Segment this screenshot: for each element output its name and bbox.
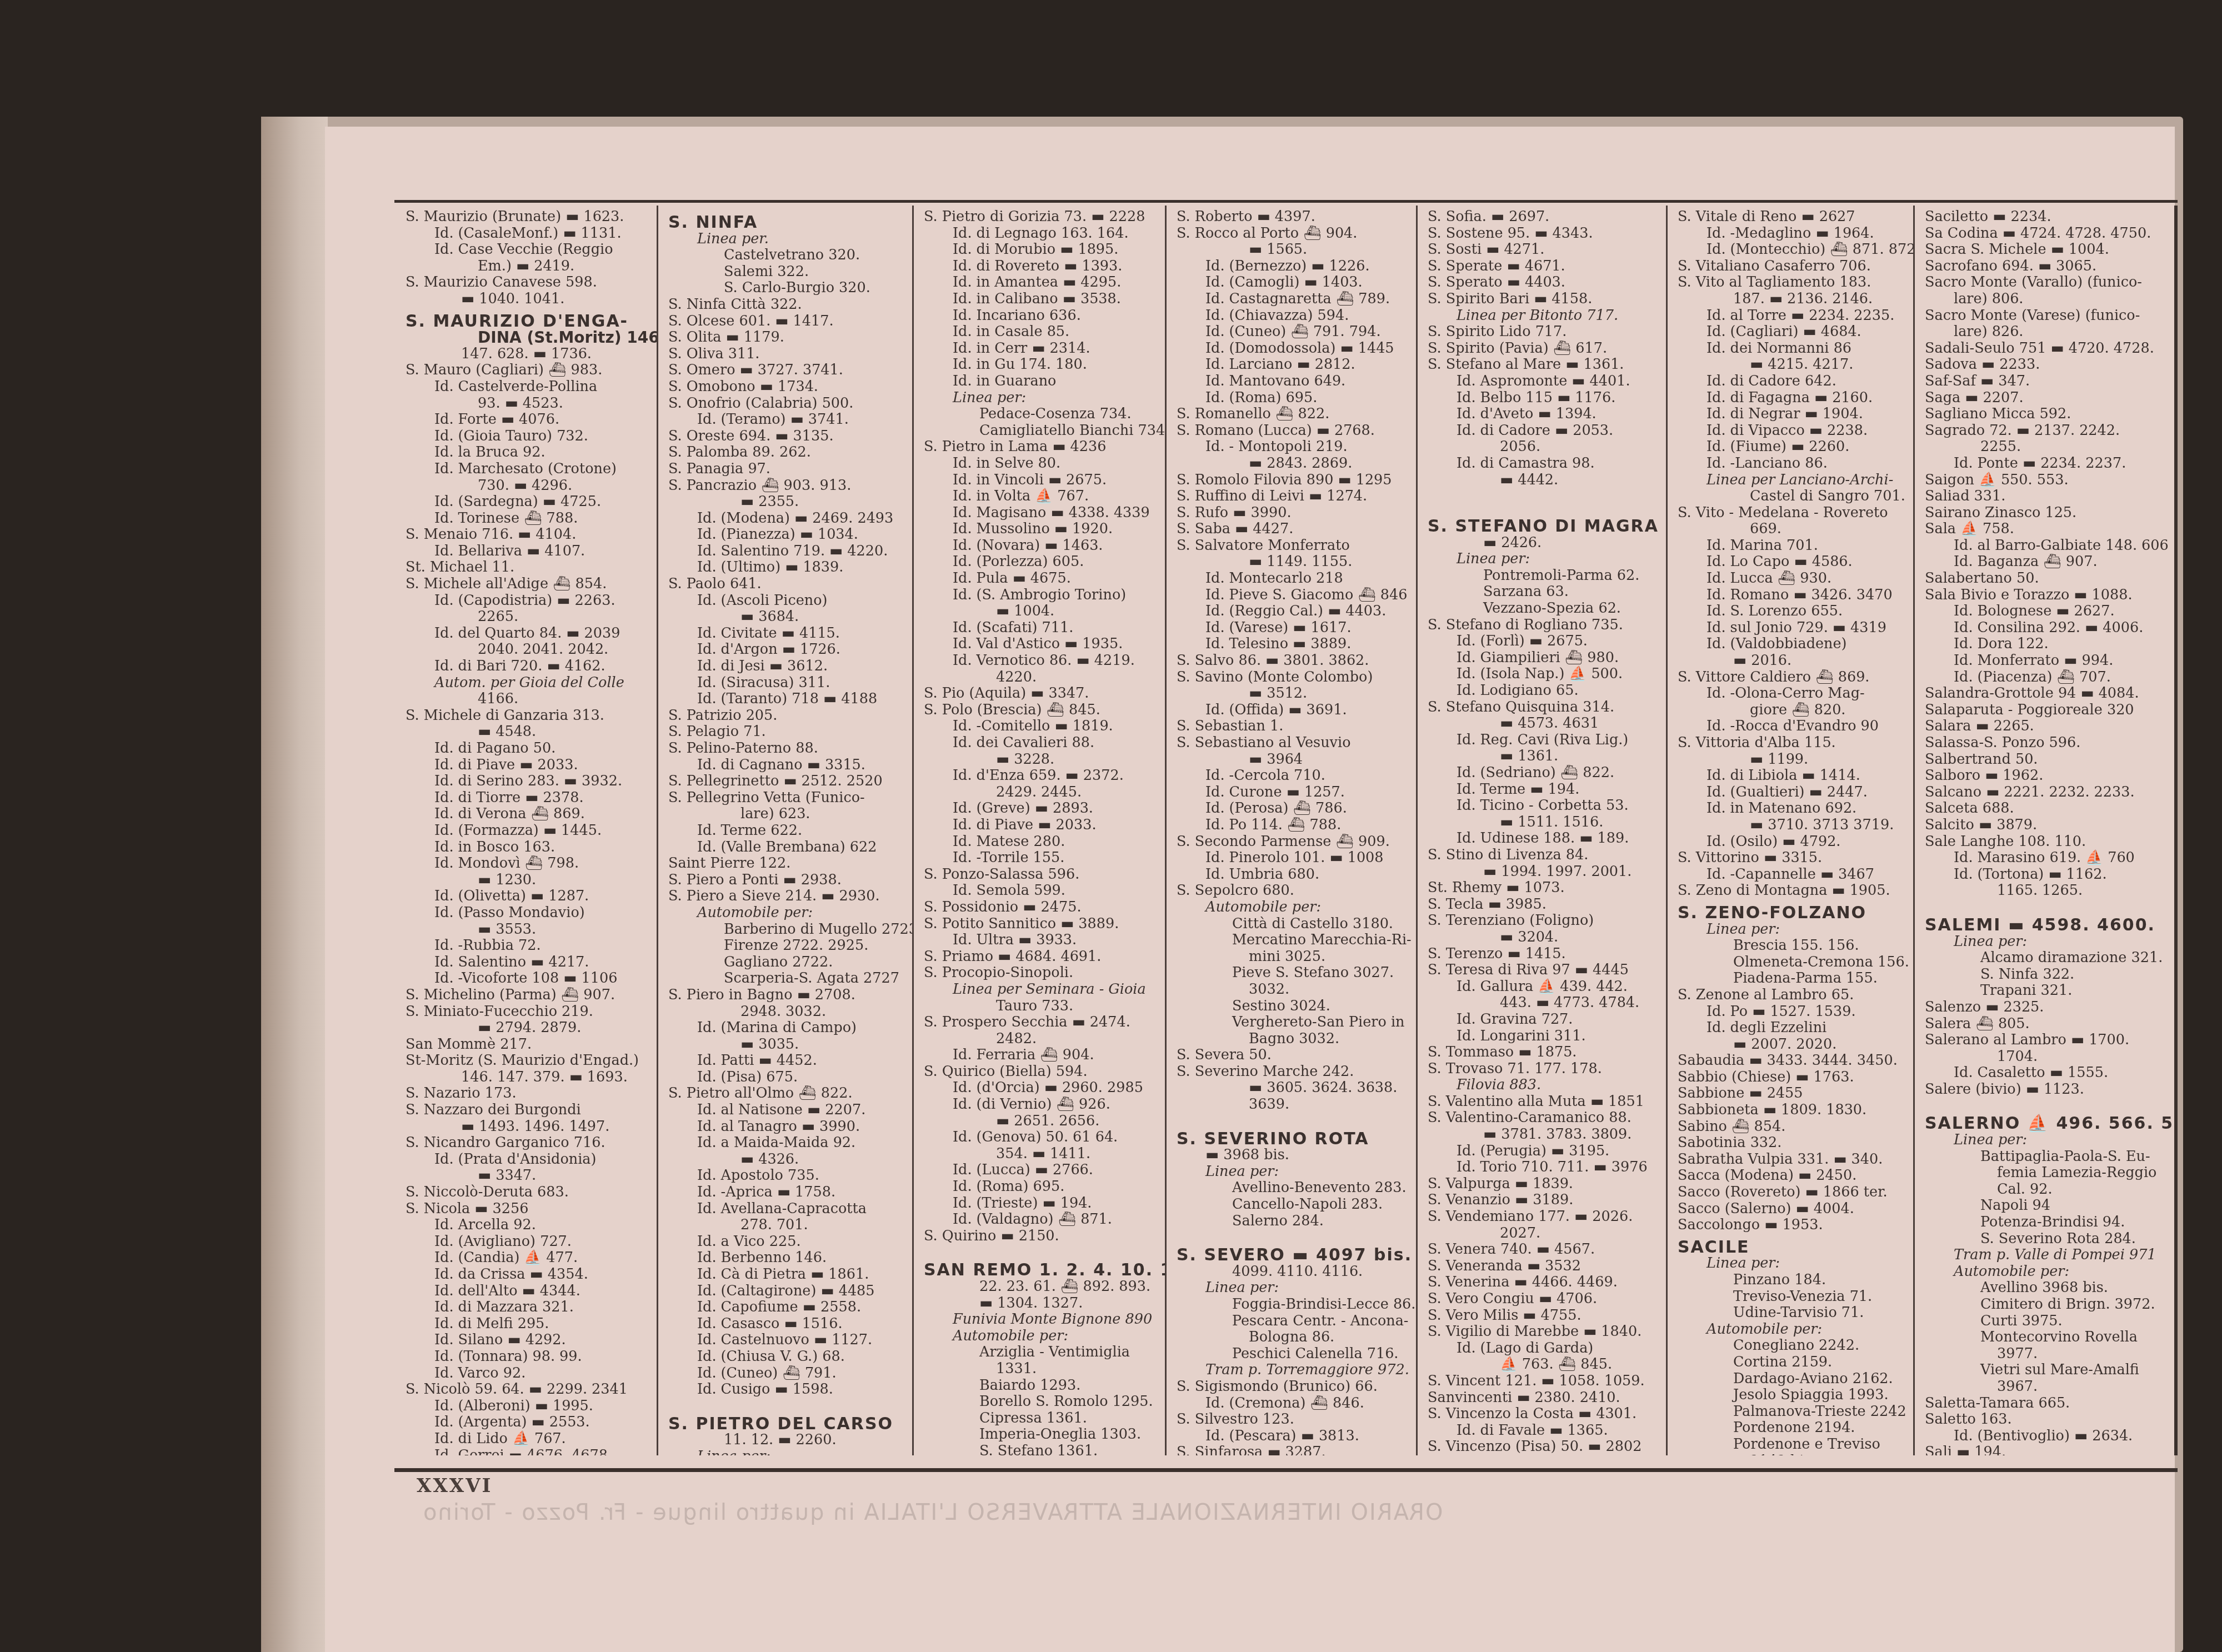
index-entry: Salenzo ▬ 2325.: [1925, 999, 2168, 1016]
index-entry: Id. Larciano ▬ 2812.: [1177, 357, 1409, 373]
index-entry: S. Piero a Ponti ▬ 2938.: [668, 872, 905, 889]
spacer: [1177, 1229, 1409, 1241]
index-entry: Palmanova-Trieste 2242: [1678, 1404, 1906, 1420]
index-entry: Sabino ⛴ 854.: [1678, 1119, 1906, 1135]
index-entry: Id. -Rocca d'Evandro 90: [1678, 718, 1906, 735]
index-entry: S. Zenone al Lambro 65.: [1678, 987, 1906, 1004]
index-entry: Id. Castelnuovo ▬ 1127.: [668, 1332, 905, 1349]
index-entry: Salabertano 50.: [1925, 570, 2168, 587]
index-entry: S. Procopio-Sinopoli.: [924, 965, 1158, 982]
index-entry: S. Venanzio ▬ 3189.: [1428, 1192, 1659, 1209]
index-entry: Id. di Rovereto ▬ 1393.: [924, 258, 1158, 275]
index-entry: 2482.: [924, 1031, 1158, 1048]
index-entry: S. Roberto ▬ 4397.: [1177, 209, 1409, 226]
index-column-4: S. Roberto ▬ 4397.S. Rocco al Porto ⛴ 90…: [1165, 206, 1416, 1455]
index-entry: S. Omero ▬ 3727. 3741.: [668, 362, 905, 379]
index-entry: S. Michelino (Parma) ⛴ 907.: [406, 987, 650, 1004]
index-entry: Id. di Fagagna ▬ 2160.: [1678, 390, 1906, 407]
index-entry: Sala ⛵ 758.: [1925, 521, 2168, 538]
index-entry: Id. Gerrei ▬ 4676. 4678.: [406, 1448, 650, 1455]
index-entry: Linea per:: [1925, 934, 2168, 950]
index-entry: Sacca (Modena) ▬ 2450.: [1678, 1168, 1906, 1184]
index-entry: Sacro Monte (Varese) (funico-: [1925, 308, 2168, 324]
index-entry: Id. Casaletto ▬ 1555.: [1925, 1065, 2168, 1082]
index-entry: Potenza-Brindisi 94.: [1925, 1214, 2168, 1231]
index-entry: S. Salvatore Monferrato: [1177, 538, 1409, 554]
index-entry: S. Possidonio ▬ 2475.: [924, 899, 1158, 916]
index-entry: Firenze 2722. 2925.: [668, 938, 905, 954]
index-entry: S. Saba ▬ 4427.: [1177, 521, 1409, 538]
index-entry: S. Vigilio di Marebbe ▬ 1840.: [1428, 1324, 1659, 1340]
index-entry: S. Romano (Lucca) ▬ 2768.: [1177, 423, 1409, 439]
index-entry: Brescia 155. 156.: [1678, 938, 1906, 954]
index-entry: Pedace-Cosenza 734.: [924, 406, 1158, 423]
index-entry: S. Venera 740. ▬ 4567.: [1428, 1241, 1659, 1258]
index-entry: San Mommè 217.: [406, 1037, 650, 1053]
index-entry: S. Veneranda ▬ 3532: [1428, 1258, 1659, 1275]
index-entry: lare) 826.: [1925, 324, 2168, 341]
index-entry: S. Polo (Brescia) ⛴ 845.: [924, 702, 1158, 719]
index-entry: Id. (Pianezza) ▬ 1034.: [668, 527, 905, 543]
index-entry: S. Spirito (Pavia) ⛴ 617.: [1428, 341, 1659, 357]
index-entry: Id. Varco 92.: [406, 1365, 650, 1382]
index-entry: Salemi 322.: [668, 264, 905, 281]
index-entry: 3977.: [1925, 1346, 2168, 1363]
index-entry: Id. Civitate ▬ 4115.: [668, 625, 905, 642]
index-entry: ▬ 2794. 2879.: [406, 1020, 650, 1037]
index-entry: Cancello-Napoli 283.: [1177, 1197, 1409, 1213]
index-entry: Id. Pinerolo 101. ▬ 1008: [1177, 850, 1409, 867]
index-entry: DINA (St.Moritz) 146.: [406, 329, 650, 346]
index-entry: S. Quirico (Biella) 594.: [924, 1064, 1158, 1080]
index-entry: Id. -Vicoforte 108 ▬ 1106: [406, 970, 650, 987]
index-entry: Id. (Isola Nap.) ⛵ 500.: [1428, 666, 1659, 683]
index-entry: Id. (d'Orcia) ▬ 2960. 2985: [924, 1080, 1158, 1097]
index-entry: Id. (Caltagirone) ▬ 4485: [668, 1283, 905, 1300]
index-entry: Id. a Maida-Maida 92.: [668, 1135, 905, 1152]
index-entry: Id. (Pescara) ▬ 3813.: [1177, 1428, 1409, 1445]
index-entry: Salere (bivio) ▬ 1123.: [1925, 1082, 2168, 1098]
index-entry: Id. Silano ▬ 4292.: [406, 1332, 650, 1349]
station-heading: SALERNO ⛵ 496. 566. 567: [1925, 1115, 2168, 1132]
index-entry: Id. di Camastra 98.: [1428, 455, 1659, 472]
index-entry: Peschici Calenella 716.: [1177, 1346, 1409, 1363]
index-entry: Verghereto-San Piero in: [1177, 1014, 1409, 1031]
index-entry: Id. -Rubbia 72.: [406, 938, 650, 954]
index-entry: S. Ponzo-Salassa 596.: [924, 867, 1158, 883]
index-entry: ▬ 4548.: [406, 724, 650, 740]
index-entry: S. Sperate ▬ 4671.: [1428, 258, 1659, 275]
index-entry: Arziglia - Ventimiglia: [924, 1344, 1158, 1361]
index-entry: 22. 23. 61. ⛴ 892. 893.: [924, 1279, 1158, 1295]
index-entry: Id. in Calibano ▬ 3538.: [924, 291, 1158, 308]
index-entry: Sabbio (Chiese) ▬ 1763.: [1678, 1069, 1906, 1086]
index-entry: Id. di Piave ▬ 2033.: [924, 817, 1158, 834]
index-entry: S. Quirino ▬ 2150.: [924, 1228, 1158, 1245]
index-entry: ▬ 4215. 4217.: [1678, 357, 1906, 373]
index-entry: Id. (Lago di Garda): [1428, 1340, 1659, 1357]
index-entry: Sacco (Rovereto) ▬ 1866 ter.: [1678, 1184, 1906, 1201]
index-entry: Id. (S. Ambrogio Torino): [924, 587, 1158, 604]
index-entry: Id. (Forlì) ▬ 2675.: [1428, 633, 1659, 650]
spacer: [924, 1244, 1158, 1256]
index-entry: 2056.: [1428, 439, 1659, 455]
index-entry: Id. al Natisone ▬ 2207.: [668, 1102, 905, 1119]
index-entry: ▬ 2007. 2020.: [1678, 1037, 1906, 1053]
index-entry: Salaparuta - Poggioreale 320: [1925, 702, 2168, 719]
index-entry: S. Tecla ▬ 3985.: [1428, 897, 1659, 913]
index-entry: Treviso-Venezia 71.: [1678, 1289, 1906, 1305]
index-entry: Saigon ⛵ 550. 553.: [1925, 472, 2168, 489]
index-entry: Id. di Piave ▬ 2033.: [406, 757, 650, 774]
index-entry: Sabaudia ▬ 3433. 3444. 3450.: [1678, 1053, 1906, 1069]
index-entry: Id. Umbria 680.: [1177, 867, 1409, 883]
index-entry: Olmeneta-Cremona 156.: [1678, 954, 1906, 971]
index-entry: S. Sebastiano al Vesuvio: [1177, 735, 1409, 752]
index-entry: S. Sofia. ▬ 2697.: [1428, 209, 1659, 226]
index-entry: Linea per Lanciano-Archi-: [1678, 472, 1906, 489]
index-entry: Pordenone e Treviso: [1678, 1436, 1906, 1453]
bleed-through-text: ORARIO INTERNAZIONALE ATTRAVERSO L'ITALI…: [422, 1500, 1443, 1525]
index-entry: St-Moritz (S. Maurizio d'Engad.): [406, 1053, 650, 1069]
index-entry: S. Vittore Caldiero ⛴ 869.: [1678, 669, 1906, 686]
index-entry: Id. (Prata d'Ansidonia): [406, 1152, 650, 1168]
index-entry: Id. (Lucca) ▬ 2766.: [924, 1162, 1158, 1179]
index-entry: Id. (Offida) ▬ 3691.: [1177, 702, 1409, 719]
index-entry: Foggia-Brindisi-Lecce 86.: [1177, 1296, 1409, 1313]
index-entry: Id. Lo Capo ▬ 4586.: [1678, 554, 1906, 570]
index-entry: Id. (Marina di Campo): [668, 1020, 905, 1037]
index-entry: Id. Capofiume ▬ 2558.: [668, 1299, 905, 1316]
index-entry: S. Severino Rota 284.: [1925, 1231, 2168, 1248]
index-entry: ▬ 2651. 2656.: [924, 1113, 1158, 1130]
index-entry: Id. Torio 710. 711. ▬ 3976: [1428, 1159, 1659, 1176]
index-entry: Automobile per:: [668, 905, 905, 922]
index-entry: Linea per:: [1678, 1255, 1906, 1272]
index-entry: S. Tommaso ▬ 1875.: [1428, 1044, 1659, 1061]
index-entry: S. Panagia 97.: [668, 461, 905, 478]
index-entry: S. Ruffino di Leivi ▬ 1274.: [1177, 488, 1409, 505]
index-entry: Id. di Bari 720. ▬ 4162.: [406, 658, 650, 675]
index-entry: S. Pietro di Gorizia 73. ▬ 2228: [924, 209, 1158, 226]
index-entry: Id. degli Ezzelini: [1678, 1020, 1906, 1037]
index-entry: S. Omobono ▬ 1734.: [668, 379, 905, 396]
book-spine: [261, 117, 328, 1652]
index-entry: Salboro ▬ 1962.: [1925, 768, 2168, 784]
index-entry: Id. (Roma) 695.: [924, 1179, 1158, 1195]
index-entry: Id. di Legnago 163. 164.: [924, 226, 1158, 242]
index-entry: S. Savino (Monte Colombo): [1177, 669, 1409, 686]
index-entry: Id. (Chiavazza) 594.: [1177, 308, 1409, 324]
index-entry: Id. Bolognese ▬ 2627.: [1925, 603, 2168, 620]
index-entry: Id. (Piacenza) ⛴ 707.: [1925, 669, 2168, 686]
index-entry: ▬ 1149. 1155.: [1177, 554, 1409, 570]
index-entry: S. Maurizio Canavese 598.: [406, 274, 650, 291]
index-entry: Id. d'Enza 659. ▬ 2372.: [924, 768, 1158, 784]
index-entry: Salerano al Lambro ▬ 1700.: [1925, 1032, 2168, 1049]
index-entry: Id. del Quarto 84. ▬ 2039: [406, 625, 650, 642]
index-entry: Id. (Pisa) 675.: [668, 1069, 905, 1086]
index-entry: S. Prospero Secchia ▬ 2474.: [924, 1014, 1158, 1031]
index-entry: S. Stefano 1361.: [924, 1443, 1158, 1455]
index-entry: Id. Case Vecchie (Reggio: [406, 242, 650, 258]
index-entry: S. Nazzaro dei Burgondi: [406, 1102, 650, 1119]
index-entry: S. Vincenzo (Pisa) 50. ▬ 2802: [1428, 1439, 1659, 1455]
index-entry: Id. Po ▬ 1527. 1539.: [1678, 1004, 1906, 1020]
index-entry: Id. -Capannelle ▬ 3467: [1678, 867, 1906, 883]
index-entry: Id. di Cagnano ▬ 3315.: [668, 757, 905, 774]
index-entry: femia Lamezia-Reggio: [1925, 1165, 2168, 1182]
index-entry: Id. in Amantea ▬ 4295.: [924, 274, 1158, 291]
index-entry: Id. di Cadore 642.: [1678, 373, 1906, 390]
index-entry: S. Severa 50.: [1177, 1047, 1409, 1064]
index-entry: Id. (Reggio Cal.) ▬ 4403.: [1177, 603, 1409, 620]
index-entry: S. Stefano al Mare ▬ 1361.: [1428, 357, 1659, 373]
index-entry: Linea per.: [668, 231, 905, 248]
station-heading: S. NINFA: [668, 214, 905, 231]
index-entry: Id. in Guarano: [924, 373, 1158, 390]
index-entry: S. Vito al Tagliamento 183.: [1678, 274, 1906, 291]
index-entry: Id. - Montopoli 219.: [1177, 439, 1409, 455]
index-entry: Id. di Cadore ▬ 2053.: [1428, 423, 1659, 439]
index-entry: giore ⛴ 820.: [1678, 702, 1906, 719]
index-entry: S. Ninfa Città 322.: [668, 297, 905, 313]
index-entry: S. Silvestro 123.: [1177, 1411, 1409, 1428]
station-heading: S. ZENO-FOLZANO: [1678, 905, 1906, 922]
index-entry: Id. (Cuneo) ⛴ 791.: [668, 1365, 905, 1382]
index-entry: ▬ 3035.: [668, 1037, 905, 1053]
index-entry: Id. (Capodistria) ▬ 2263.: [406, 593, 650, 609]
index-entry: Id. (Passo Mondavio): [406, 905, 650, 922]
index-entry: Linea per:: [668, 1449, 905, 1455]
index-entry: Id. di Jesi ▬ 3612.: [668, 658, 905, 675]
index-entry: S. Pellegrinetto ▬ 2512. 2520: [668, 773, 905, 790]
index-entry: ▬ 2016.: [1678, 653, 1906, 669]
index-entry: S. Trovaso 71. 177. 178.: [1428, 1061, 1659, 1078]
index-entry: Id. (di Vernio) ⛴ 926.: [924, 1097, 1158, 1113]
index-entry: S. Palomba 89. 262.: [668, 444, 905, 461]
index-entry: lare) 623.: [668, 806, 905, 823]
index-entry: Id. Dora 122.: [1925, 636, 2168, 653]
index-entry: Linea per:: [1428, 551, 1659, 568]
index-entry: Automobile per:: [1678, 1321, 1906, 1338]
index-entry: ▬ 1199.: [1678, 752, 1906, 768]
index-entry: ▬ 1565.: [1177, 242, 1409, 258]
index-entry: Id. Casasco ▬ 1516.: [668, 1316, 905, 1333]
spacer: [1925, 899, 2168, 912]
index-entry: 187. ▬ 2136. 2146.: [1678, 291, 1906, 308]
index-entry: Sali ▬ 194.: [1925, 1444, 2168, 1455]
index-entry: Saf-Saf ▬ 347.: [1925, 373, 2168, 390]
index-entry: Castelvetrano 320.: [668, 247, 905, 264]
index-entry: 1165. 1265.: [1925, 883, 2168, 899]
index-entry: ▬ 1361.: [1428, 748, 1659, 765]
index-entry: Mercatino Marecchia-Ri-: [1177, 932, 1409, 949]
index-entry: S. Severino Marche 242.: [1177, 1064, 1409, 1080]
index-entry: Id. (Montecchio) ⛴ 871. 872: [1678, 242, 1906, 258]
index-entry: Id. di Mazzara 321.: [406, 1299, 650, 1316]
index-entry: mini 3025.: [1177, 949, 1409, 965]
index-entry: S. Sosti ▬ 4271.: [1428, 242, 1659, 258]
index-entry: ▬ 1230.: [406, 872, 650, 889]
index-entry: ▬ 4573. 4631: [1428, 715, 1659, 732]
index-entry: S. Piero in Bagno ▬ 2708.: [668, 987, 905, 1004]
index-entry: ▬ 3781. 3783. 3809.: [1428, 1127, 1659, 1143]
index-entry: S. Rufo ▬ 3990.: [1177, 505, 1409, 522]
index-entry: S. Piero a Sieve 214. ▬ 2930.: [668, 888, 905, 905]
index-entry: Id. Avellana-Capracotta: [668, 1201, 905, 1218]
index-entry: S. Pellegrino Vetta (Funico-: [668, 790, 905, 807]
index-entry: Id. (Formazza) ▬ 1445.: [406, 823, 650, 839]
index-entry: Id. (Valdagno) ⛴ 871.: [924, 1212, 1158, 1228]
index-entry: Id. Mussolino ▬ 1920.: [924, 521, 1158, 538]
index-entry: 3032.: [1177, 982, 1409, 998]
index-column-1: S. Maurizio (Brunate) ▬ 1623.Id. (Casale…: [396, 206, 657, 1455]
index-entry: Sabratha Vulpia 331. ▬ 340.: [1678, 1152, 1906, 1168]
index-entry: ▬ 1994. 1997. 2001.: [1428, 864, 1659, 880]
index-entry: Saccolongo ▬ 1953.: [1678, 1217, 1906, 1234]
index-entry: Id. Cà di Pietra ▬ 1861.: [668, 1266, 905, 1283]
index-entry: Id. (Taranto) 718 ▬ 4188: [668, 691, 905, 708]
index-entry: Id. da Crissa ▬ 4354.: [406, 1266, 650, 1283]
index-entry: Id. Consilina 292. ▬ 4006.: [1925, 620, 2168, 637]
index-entry: 1331.: [924, 1361, 1158, 1378]
index-entry: S. Ninfa 322.: [1925, 967, 2168, 983]
index-entry: St. Rhemy ▬ 1073.: [1428, 880, 1659, 897]
index-entry: ▬ 3684.: [668, 609, 905, 625]
index-entry: 4099. 4110. 4116.: [1177, 1264, 1409, 1280]
index-entry: Id. di Serino 283. ▬ 3932.: [406, 773, 650, 790]
index-entry: Battipaglia-Paola-S. Eu-: [1925, 1149, 2168, 1165]
index-entry: Jesolo Spiaggia 1993.: [1678, 1387, 1906, 1404]
index-entry: Id. (Ascoli Piceno): [668, 593, 905, 609]
index-entry: S. Vincenzo la Costa ▬ 4301.: [1428, 1406, 1659, 1423]
index-entry: Id. (Tonnara) 98. 99.: [406, 1349, 650, 1365]
index-entry: Id. (Osilo) ▬ 4792.: [1678, 834, 1906, 850]
index-entry: Imperia-Oneglia 1303.: [924, 1426, 1158, 1443]
index-entry: S. Terenziano (Foligno): [1428, 913, 1659, 929]
index-entry: Id. Gallura ⛵ 439. 442.: [1428, 979, 1659, 995]
index-entry: Salera ⛴ 805.: [1925, 1016, 2168, 1033]
index-entry: Id. Romano ▬ 3426. 3470: [1678, 587, 1906, 604]
index-entry: Sagrado 72. ▬ 2137. 2242.: [1925, 423, 2168, 439]
index-entry: Id. Monferrato ▬ 994.: [1925, 653, 2168, 669]
index-entry: lare) 806.: [1925, 291, 2168, 308]
index-entry: Id. (Bernezzo) ▬ 1226.: [1177, 258, 1409, 275]
index-entry: Id. (Modena) ▬ 2469. 2493: [668, 510, 905, 527]
index-entry: Tram p. Valle di Pompei 971: [1925, 1247, 2168, 1264]
index-entry: Id. (Sedriano) ⛴ 822.: [1428, 765, 1659, 782]
spacer: [1925, 1098, 2168, 1110]
index-entry: Castel di Sangro 701.: [1678, 488, 1906, 505]
index-entry: Id. Gravina 727.: [1428, 1012, 1659, 1028]
index-entry: S. Nicola ▬ 3256: [406, 1201, 650, 1218]
index-entry: Tauro 733.: [924, 998, 1158, 1015]
index-entry: 354. ▬ 1411.: [924, 1146, 1158, 1163]
index-entry: S. Sebastian 1.: [1177, 718, 1409, 735]
index-entry: Pontremoli-Parma 62.: [1428, 568, 1659, 584]
index-entry: Sabotinia 332.: [1678, 1135, 1906, 1152]
index-entry: Sadali-Seulo 751 ▬ 4720. 4728.: [1925, 341, 2168, 357]
index-entry: Id. (Perosa) ⛴ 786.: [1177, 800, 1409, 817]
index-entry: Id. Belbo 115 ▬ 1176.: [1428, 390, 1659, 407]
index-entry: Dardago-Aviano 2162.: [1678, 1371, 1906, 1388]
index-entry: 2948. 3032.: [668, 1004, 905, 1020]
index-entry: Id. Ferraria ⛴ 904.: [924, 1047, 1158, 1064]
spacer: [668, 1398, 905, 1410]
index-entry: Salandra-Grottole 94 ▬ 4084.: [1925, 685, 2168, 702]
index-entry: Automobile per:: [1177, 899, 1409, 916]
index-entry: Vietri sul Mare-Amalfi: [1925, 1362, 2168, 1379]
index-entry: Id. Marchesato (Crotone): [406, 461, 650, 478]
index-entry: Salara ▬ 2265.: [1925, 718, 2168, 735]
index-entry: ▬ 3968 bis.: [1177, 1147, 1409, 1164]
index-entry: Id. (Roma) 695.: [1177, 390, 1409, 407]
index-entry: Id. Terme 622.: [668, 823, 905, 839]
index-entry: S. Sinfarosa ▬ 3287.: [1177, 1444, 1409, 1455]
index-entry: Cipressa 1361.: [924, 1410, 1158, 1427]
index-entry: Id. Castagnaretta ⛴ 789.: [1177, 291, 1409, 308]
index-entry: Id. Berbenno 146.: [668, 1250, 905, 1266]
index-entry: Id. S. Lorenzo 655.: [1678, 603, 1906, 620]
index-entry: Linea per Bitonto 717.: [1428, 308, 1659, 324]
index-entry: St. Michael 11.: [406, 559, 650, 576]
index-entry: Pinzano 184.: [1678, 1272, 1906, 1289]
index-entry: S. Miniato-Fucecchio 219.: [406, 1004, 650, 1020]
index-entry: Sanvincenti ▬ 2380. 2410.: [1428, 1390, 1659, 1406]
station-heading: S. SEVERINO ROTA: [1177, 1131, 1409, 1148]
index-entry: S. Menaio 716. ▬ 4104.: [406, 527, 650, 543]
index-entry: Automobile per:: [1925, 1264, 2168, 1280]
index-entry: Alcamo diramazione 321.: [1925, 950, 2168, 967]
index-entry: Barberino di Mugello 2723: [668, 922, 905, 938]
index-entry: S. Stefano Quisquina 314.: [1428, 699, 1659, 716]
index-entry: ▬ 3204.: [1428, 929, 1659, 946]
index-entry: Autom. per Gioia del Colle: [406, 675, 650, 692]
index-entry: Id. Pieve S. Giacomo ⛴ 846: [1177, 587, 1409, 604]
index-entry: Id. al Torre ▬ 2234. 2235.: [1678, 308, 1906, 324]
index-entry: Id. (Scafati) 711.: [924, 620, 1158, 637]
index-entry: S. Vitale di Reno ▬ 2627: [1678, 209, 1906, 226]
index-entry: Id. dei Normanni 86: [1678, 341, 1906, 357]
index-entry: 146. 147. 379. ▬ 1693.: [406, 1069, 650, 1086]
index-entry: Bologna 86.: [1177, 1329, 1409, 1346]
index-entry: S. Oliva 311.: [668, 346, 905, 363]
index-entry: Id. di Libiola ▬ 1414.: [1678, 768, 1906, 784]
index-entry: Città di Castello 3180.: [1177, 916, 1409, 933]
index-entry: Id. Val d'Astico ▬ 1935.: [924, 636, 1158, 653]
index-entry: Em.) ▬ 2419.: [406, 258, 650, 275]
index-entry: Montecorvino Rovella: [1925, 1329, 2168, 1346]
index-entry: S. Michele all'Adige ⛴ 854.: [406, 576, 650, 593]
index-entry: Id. di Pagano 50.: [406, 740, 650, 757]
index-entry: Id. di Melfi 295.: [406, 1316, 650, 1333]
index-entry: Id. (Chiusa V. G.) 68.: [668, 1349, 905, 1365]
index-entry: Saint Pierre 122.: [668, 855, 905, 872]
index-entry: S. Venerina ▬ 4466. 4469.: [1428, 1274, 1659, 1291]
index-entry: Id. di Vipacco ▬ 2238.: [1678, 423, 1906, 439]
index-entry: Id. Salentino 719. ▬ 4220.: [668, 543, 905, 560]
index-entry: S. Olcese 601. ▬ 1417.: [668, 313, 905, 330]
index-entry: Trapani 321.: [1925, 983, 2168, 999]
index-entry: 2142 bis.: [1678, 1453, 1906, 1455]
index-entry: Sacra S. Michele ▬ 1004.: [1925, 242, 2168, 258]
station-heading: S. MAURIZIO D'ENGA-: [406, 313, 650, 330]
index-entry: ▬ 4442.: [1428, 472, 1659, 489]
index-entry: Id. a Vico 225.: [668, 1234, 905, 1250]
index-entry: Id. di Morubio ▬ 1895.: [924, 242, 1158, 258]
index-entry: Id. Aspromonte ▬ 4401.: [1428, 373, 1659, 390]
